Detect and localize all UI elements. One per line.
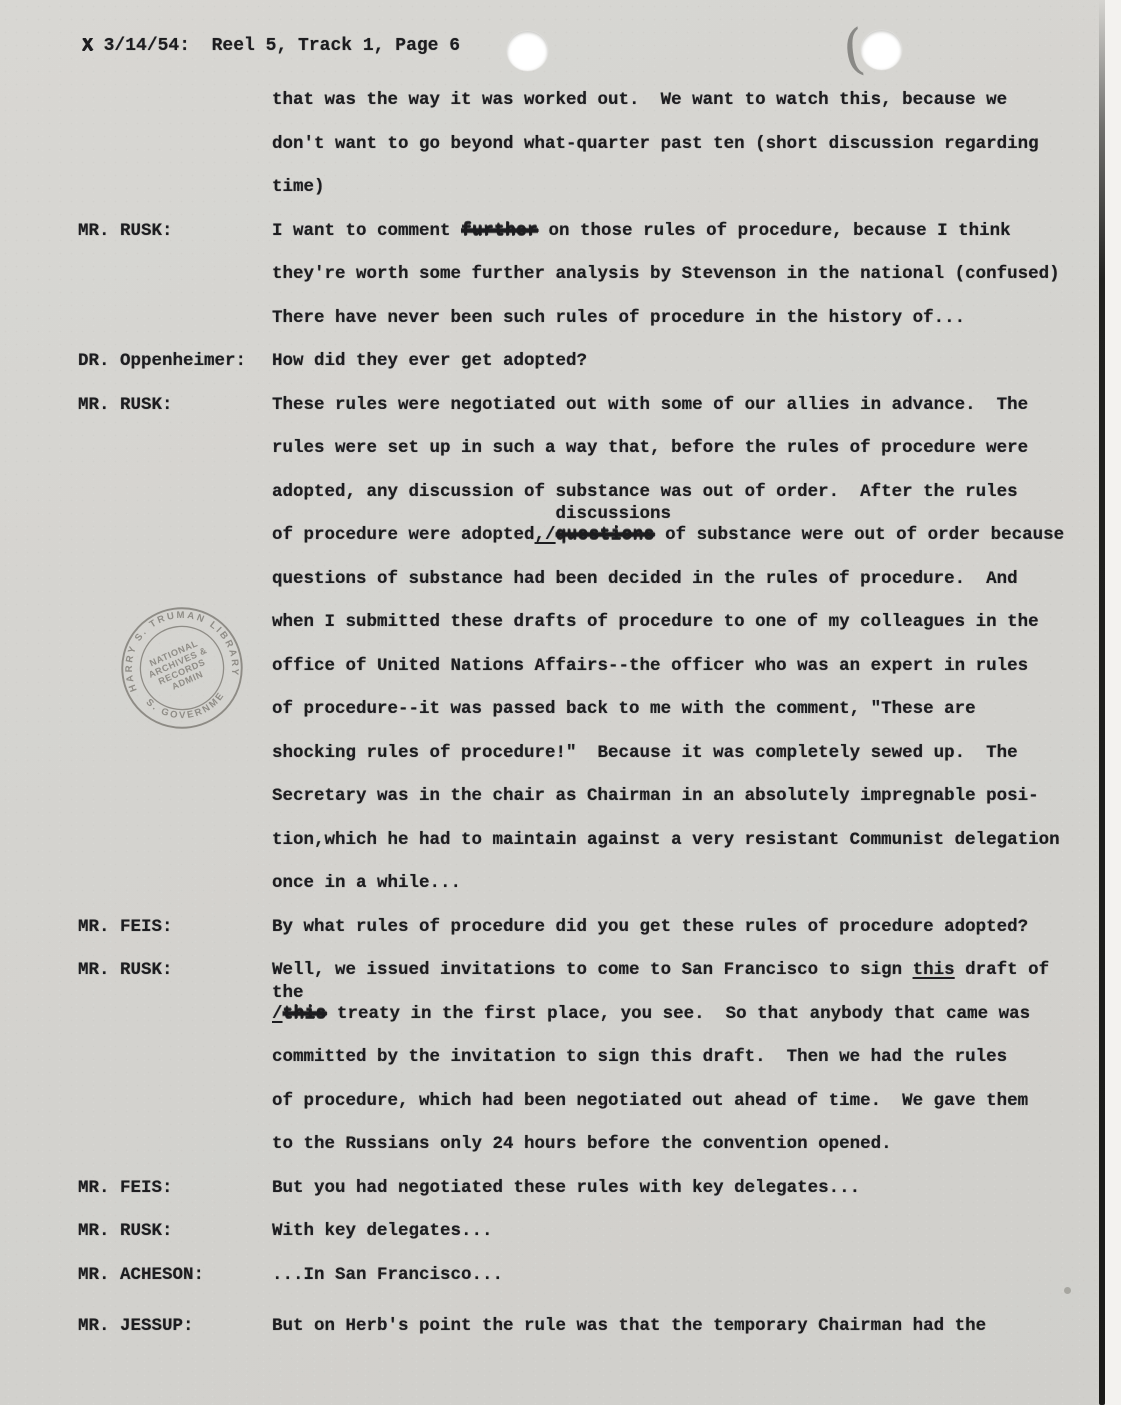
speech-lines: By what rules of procedure did you get t… (272, 906, 1064, 950)
transcript-entry: MR. RUSK:Well, we issued invitations to … (78, 949, 1064, 1167)
transcript-entry: MR. RUSK:With key delegates... (78, 1210, 1064, 1254)
transcript: that was the way it was worked out. We w… (78, 79, 1064, 1349)
transcript-line: Secretary was in the chair as Chairman i… (272, 775, 1064, 819)
transcript-line: tion,which he had to maintain against a … (272, 819, 1064, 863)
transcript-line: By what rules of procedure did you get t… (272, 906, 1064, 950)
text-segment: How did they ever get adopted? (272, 351, 587, 371)
speech-lines: How did they ever get adopted? (272, 340, 1064, 384)
transcript-entry: MR. JESSUP:But on Herb's point the rule … (78, 1305, 1064, 1349)
struck-word: this (283, 1004, 327, 1024)
text-segment: I want to comment (272, 221, 461, 241)
speech-lines: But you had negotiated these rules with … (272, 1167, 1064, 1211)
text-segment: tion,which he had to maintain against a … (272, 830, 1060, 850)
speech-lines: These rules were negotiated out with som… (272, 384, 1064, 906)
paper-speck (1064, 1287, 1071, 1294)
transcript-line: How did they ever get adopted? (272, 340, 1064, 384)
inserted-word: the (272, 983, 304, 1003)
struck-word: further (461, 221, 538, 241)
transcript-entry: MR. ACHESON:...In San Francisco... (78, 1254, 1064, 1298)
transcript-entry: MR. RUSK:These rules were negotiated out… (78, 384, 1064, 906)
transcript-entry: MR. FEIS:By what rules of procedure did … (78, 906, 1064, 950)
text-segment: ...In San Francisco... (272, 1265, 503, 1285)
transcript-line: of procedure--it was passed back to me w… (272, 688, 1064, 732)
speech-lines: I want to comment further on those rules… (272, 210, 1064, 341)
transcript-line: Well, we issued invitations to come to S… (272, 949, 1064, 993)
transcript-line: the/this treaty in the first place, you … (272, 993, 1064, 1037)
speaker-label: MR. ACHESON: (78, 1254, 272, 1298)
speaker-label: MR. FEIS: (78, 1167, 272, 1211)
text-segment: once in a while... (272, 873, 461, 893)
text-segment: office of United Nations Affairs--the of… (272, 656, 1028, 676)
text-segment: to the Russians only 24 hours before the… (272, 1134, 892, 1154)
text-segment: rules were set up in such a way that, be… (272, 438, 1028, 458)
text-segment: they're worth some further analysis by S… (272, 264, 1060, 284)
hole-punch-right (861, 30, 902, 70)
speaker-label (78, 79, 272, 123)
speaker-label: DR. Oppenheimer: (78, 340, 272, 384)
text-segment: treaty in the first place, you see. So t… (327, 1004, 1031, 1024)
transcript-line: committed by the invitation to sign this… (272, 1036, 1064, 1080)
text-segment: when I submitted these drafts of procedu… (272, 612, 1039, 632)
pen-paren-mark: ( (839, 17, 868, 82)
speaker-label: MR. RUSK: (78, 210, 272, 254)
page-edge-strip (1105, 0, 1121, 1405)
transcript-line: office of United Nations Affairs--the of… (272, 645, 1064, 689)
transcript-line: I want to comment further on those rules… (272, 210, 1064, 254)
transcript-line: These rules were negotiated out with som… (272, 384, 1064, 428)
transcript-entry: that was the way it was worked out. We w… (78, 79, 1064, 210)
text-segment: But on Herb's point the rule was that th… (272, 1316, 986, 1336)
speaker-label: MR. RUSK: (78, 1210, 272, 1254)
speaker-label: MR. RUSK: (78, 949, 272, 993)
speech-lines: ...In San Francisco... (272, 1254, 1064, 1298)
struck-word: questions (556, 525, 655, 545)
text-segment: of procedure--it was passed back to me w… (272, 699, 976, 719)
text-segment: of procedure, which had been negotiated … (272, 1091, 1028, 1111)
header-title: 3/14/54: Reel 5, Track 1, Page 6 (93, 36, 460, 56)
text-segment: committed by the invitation to sign this… (272, 1047, 1007, 1067)
text-segment: of substance were out of order because (655, 525, 1065, 545)
text-segment: Secretary was in the chair as Chairman i… (272, 786, 1039, 806)
transcript-line: that was the way it was worked out. We w… (272, 79, 1064, 123)
text-segment: that was the way it was worked out. We w… (272, 90, 1007, 110)
speaker-label: MR. FEIS: (78, 906, 272, 950)
speaker-label: MR. JESSUP: (78, 1305, 272, 1349)
transcript-line: But on Herb's point the rule was that th… (272, 1305, 1064, 1349)
document-page: ( X 3/14/54: Reel 5, Track 1, Page 6 HAR… (0, 0, 1121, 1405)
underlined-word: / (272, 1004, 283, 1024)
text-segment: draft of (955, 960, 1050, 980)
page-header: X 3/14/54: Reel 5, Track 1, Page 6 (82, 36, 460, 56)
text-segment: adopted, any discussion of substance was… (272, 482, 1018, 502)
text-segment: questions of substance had been decided … (272, 569, 1018, 589)
transcript-line: they're worth some further analysis by S… (272, 253, 1064, 297)
text-segment: By what rules of procedure did you get t… (272, 917, 1028, 937)
transcript-line: With key delegates... (272, 1210, 1064, 1254)
text-segment: shocking rules of procedure!" Because it… (272, 743, 1018, 763)
text-segment: Well, we issued invitations to come to S… (272, 960, 913, 980)
transcript-line: to the Russians only 24 hours before the… (272, 1123, 1064, 1167)
transcript-line: ...In San Francisco... (272, 1254, 1064, 1298)
transcript-line: don't want to go beyond what-quarter pas… (272, 123, 1064, 167)
speech-lines: Well, we issued invitations to come to S… (272, 949, 1064, 1167)
text-segment: There have never been such rules of proc… (272, 308, 965, 328)
speaker-label: MR. RUSK: (78, 384, 272, 428)
text-segment: With key delegates... (272, 1221, 493, 1241)
transcript-line: questions of substance had been decided … (272, 558, 1064, 602)
speech-lines: But on Herb's point the rule was that th… (272, 1305, 1064, 1349)
text-segment: time) (272, 177, 325, 197)
transcript-entry: MR. FEIS:But you had negotiated these ru… (78, 1167, 1064, 1211)
underlined-word: this (913, 960, 955, 980)
text-segment: of procedure were adopted (272, 525, 535, 545)
transcript-line: There have never been such rules of proc… (272, 297, 1064, 341)
transcript-line: once in a while... (272, 862, 1064, 906)
transcript-line: when I submitted these drafts of procedu… (272, 601, 1064, 645)
text-segment: These rules were negotiated out with som… (272, 395, 1028, 415)
text-segment: don't want to go beyond what-quarter pas… (272, 134, 1039, 154)
text-segment: But you had negotiated these rules with … (272, 1178, 860, 1198)
header-check-mark: X (82, 36, 93, 56)
transcript-line: discussionsof procedure were adopted,/qu… (272, 514, 1064, 558)
transcript-entry: DR. Oppenheimer:How did they ever get ad… (78, 340, 1064, 384)
text-segment: on those rules of procedure, because I t… (538, 221, 1011, 241)
speech-lines: that was the way it was worked out. We w… (272, 79, 1064, 210)
transcript-line: time) (272, 166, 1064, 210)
speech-lines: With key delegates... (272, 1210, 1064, 1254)
transcript-line: shocking rules of procedure!" Because it… (272, 732, 1064, 776)
hole-punch-left (507, 31, 548, 71)
transcript-line: But you had negotiated these rules with … (272, 1167, 1064, 1211)
transcript-line: rules were set up in such a way that, be… (272, 427, 1064, 471)
transcript-entry: MR. RUSK:I want to comment further on th… (78, 210, 1064, 341)
underlined-word: ,/ (535, 525, 556, 545)
transcript-line: of procedure, which had been negotiated … (272, 1080, 1064, 1124)
inserted-word: discussions (556, 504, 672, 524)
